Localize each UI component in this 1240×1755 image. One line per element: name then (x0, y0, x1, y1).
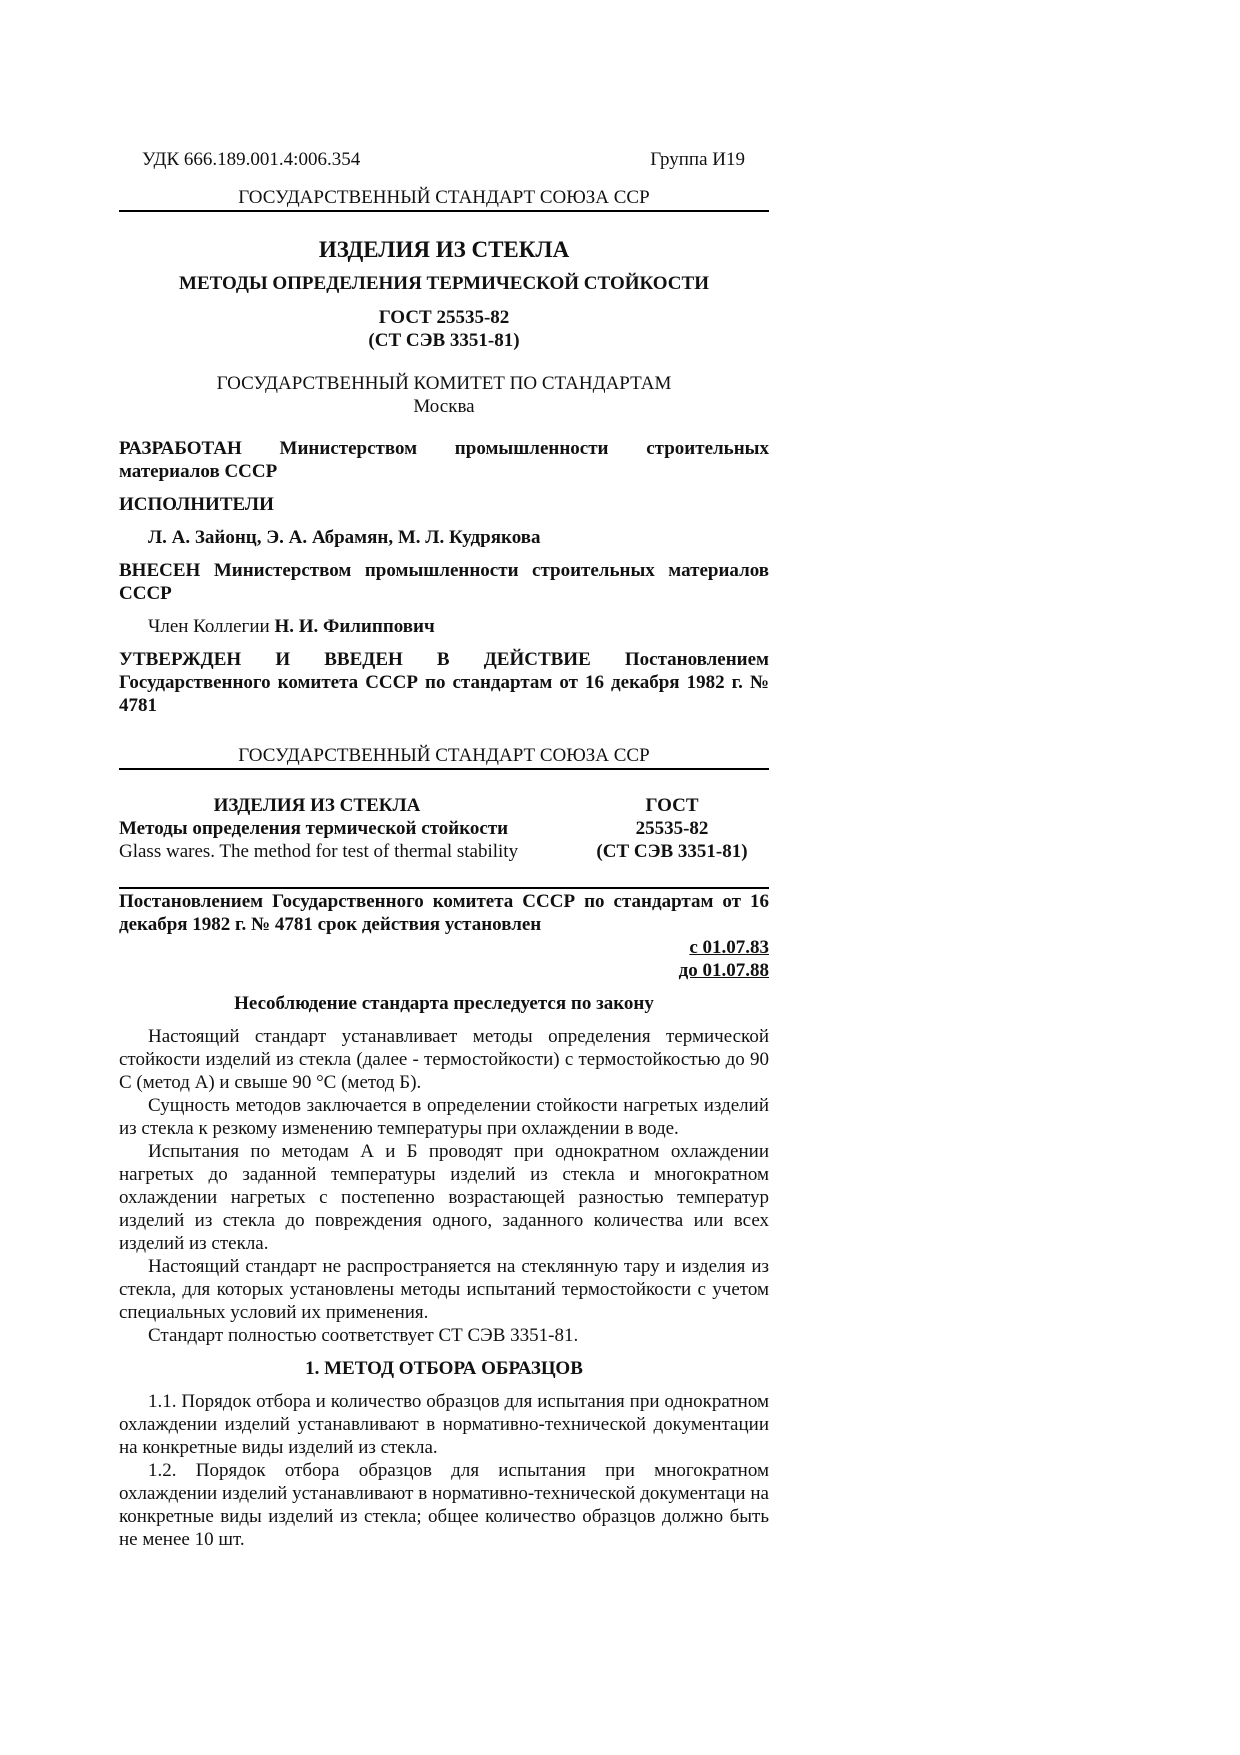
validity-to: до 01.07.88 (679, 960, 769, 981)
performers-label: ИСПОЛНИТЕЛИ (119, 493, 769, 516)
section-1-body: 1.1. Порядок отбора и количество образцо… (119, 1390, 769, 1551)
standard-header-table: ИЗДЕЛИЯ ИЗ СТЕКЛА Методы определения тер… (119, 794, 769, 863)
document-subtitle: МЕТОДЫ ОПРЕДЕЛЕНИЯ ТЕРМИЧЕСКОЙ СТОЙКОСТИ (119, 272, 769, 295)
classification-row: УДК 666.189.001.4:006.354 Группа И19 (119, 148, 769, 171)
header-subtitle-ru: Методы определения термической стойкости (119, 817, 575, 840)
header-gost-label: ГОСТ (575, 794, 769, 817)
developed-by: РАЗРАБОТАН Министерством промышленности … (119, 437, 769, 483)
header-st-sev: (СТ СЭВ 3351-81) (575, 840, 769, 863)
header-left-column: ИЗДЕЛИЯ ИЗ СТЕКЛА Методы определения тер… (119, 794, 575, 863)
validity-dates: с 01.07.83 до 01.07.88 (119, 936, 769, 982)
intro-section: Настоящий стандарт устанавливает методы … (119, 1025, 769, 1347)
header-gost-number: 25535-82 (575, 817, 769, 840)
header-title-en: Glass wares. The method for test of ther… (119, 840, 575, 863)
committee-name: ГОСУДАРСТВЕННЫЙ КОМИТЕТ ПО СТАНДАРТАМ (119, 372, 769, 395)
approved-by: УТВЕРЖДЕН И ВВЕДЕН В ДЕЙСТВИЕ Постановле… (119, 648, 769, 717)
section-paragraph: 1.2. Порядок отбора образцов для испытан… (119, 1459, 769, 1551)
divider-line (119, 887, 769, 889)
second-standard-heading: ГОСУДАРСТВЕННЫЙ СТАНДАРТ СОЮЗА ССР (119, 744, 769, 770)
standard-heading: ГОСУДАРСТВЕННЫЙ СТАНДАРТ СОЮЗА ССР (119, 186, 769, 212)
header-title-ru: ИЗДЕЛИЯ ИЗ СТЕКЛА (119, 794, 575, 817)
performers-names: Л. А. Зайонц, Э. А. Абрамян, М. Л. Кудря… (119, 526, 769, 549)
st-sev-number: (СТ СЭВ 3351-81) (119, 329, 769, 352)
introduced-by: ВНЕСЕН Министерством промышленности стро… (119, 559, 769, 605)
publisher-block: ГОСУДАРСТВЕННЫЙ КОМИТЕТ ПО СТАНДАРТАМ Мо… (119, 372, 769, 418)
introduced-label: ВНЕСЕН (119, 560, 200, 581)
intro-paragraph: Сущность методов заключается в определен… (119, 1094, 769, 1140)
intro-paragraph: Настоящий стандарт не распространяется н… (119, 1255, 769, 1324)
legal-warning: Несоблюдение стандарта преследуется по з… (119, 992, 769, 1015)
section-1-heading: 1. МЕТОД ОТБОРА ОБРАЗЦОВ (119, 1357, 769, 1380)
header-right-column: ГОСТ 25535-82 (СТ СЭВ 3351-81) (575, 794, 769, 863)
validity-text: Постановлением Государственного комитета… (119, 890, 769, 936)
document-page: УДК 666.189.001.4:006.354 Группа И19 ГОС… (119, 148, 769, 1551)
publisher-city: Москва (119, 395, 769, 418)
section-paragraph: 1.1. Порядок отбора и количество образцо… (119, 1390, 769, 1459)
group-code: Группа И19 (650, 148, 745, 171)
intro-paragraph: Настоящий стандарт устанавливает методы … (119, 1025, 769, 1094)
validity-from: с 01.07.83 (689, 937, 769, 958)
intro-paragraph: Стандарт полностью соответствует СТ СЭВ … (119, 1324, 769, 1347)
board-member: Член Коллегии Н. И. Филиппович (119, 615, 769, 638)
document-title: ИЗДЕЛИЯ ИЗ СТЕКЛА (119, 236, 769, 264)
intro-paragraph: Испытания по методам А и Б проводят при … (119, 1140, 769, 1255)
board-member-label: Член Коллегии (148, 616, 270, 637)
udk-code: УДК 666.189.001.4:006.354 (142, 148, 360, 171)
developed-label: РАЗРАБОТАН (119, 438, 242, 459)
board-member-name: Н. И. Филиппович (274, 616, 434, 637)
introduced-text: Министерством промышленности строительны… (119, 560, 769, 604)
approved-label: УТВЕРЖДЕН И ВВЕДЕН В ДЕЙСТВИЕ (119, 649, 591, 670)
gost-designation: ГОСТ 25535-82 (СТ СЭВ 3351-81) (119, 306, 769, 352)
gost-number: ГОСТ 25535-82 (119, 306, 769, 329)
